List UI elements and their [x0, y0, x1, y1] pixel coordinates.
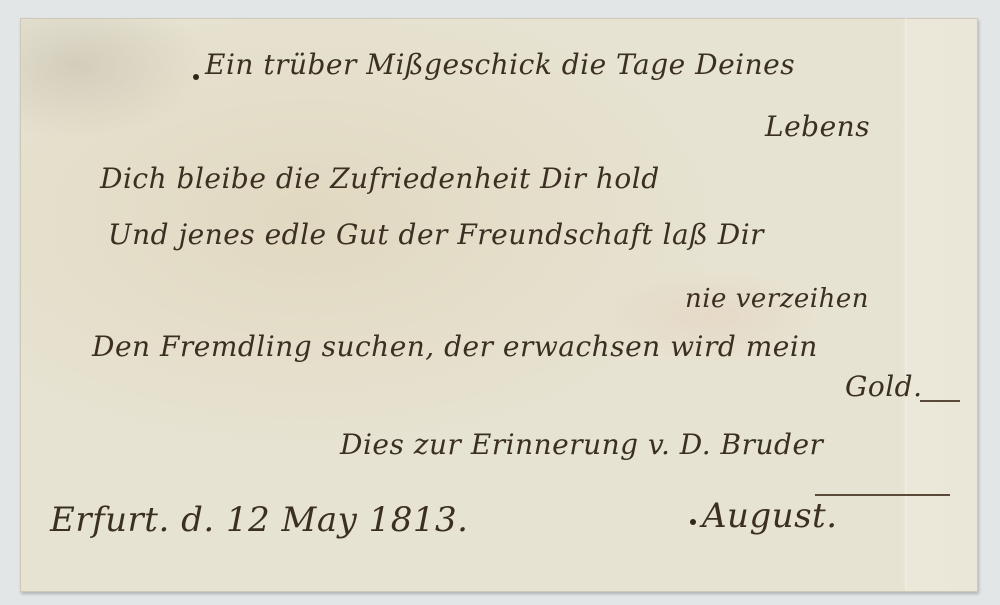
- place-date-line: Erfurt. d. 12 May 1813.: [50, 500, 468, 540]
- dash-rule: [920, 400, 960, 402]
- text-line-4: Den Fremdling suchen, der erwachsen wird…: [92, 330, 818, 363]
- text-line-4-continuation: Gold.: [845, 370, 923, 403]
- ink-dot: [193, 74, 199, 80]
- text-line-1-continuation: Lebens: [765, 110, 870, 143]
- text-line-2: Dich bleibe die Zufriedenheit Dir hold: [100, 162, 660, 195]
- text-line-3: Und jenes edle Gut der Freundschaft laß …: [108, 218, 764, 251]
- text-line-1: Ein trüber Mißgeschick die Tage Deines: [205, 48, 795, 81]
- document-photo: Ein trüber Mißgeschick die Tage Deines L…: [0, 0, 1000, 605]
- paper-fold: [905, 18, 907, 590]
- dedication-line: Dies zur Erinnerung v. D. Bruder: [340, 428, 823, 461]
- ink-dot: [690, 519, 696, 525]
- text-line-3-continuation: nie verzeihen: [685, 284, 869, 314]
- signature: August.: [702, 496, 838, 536]
